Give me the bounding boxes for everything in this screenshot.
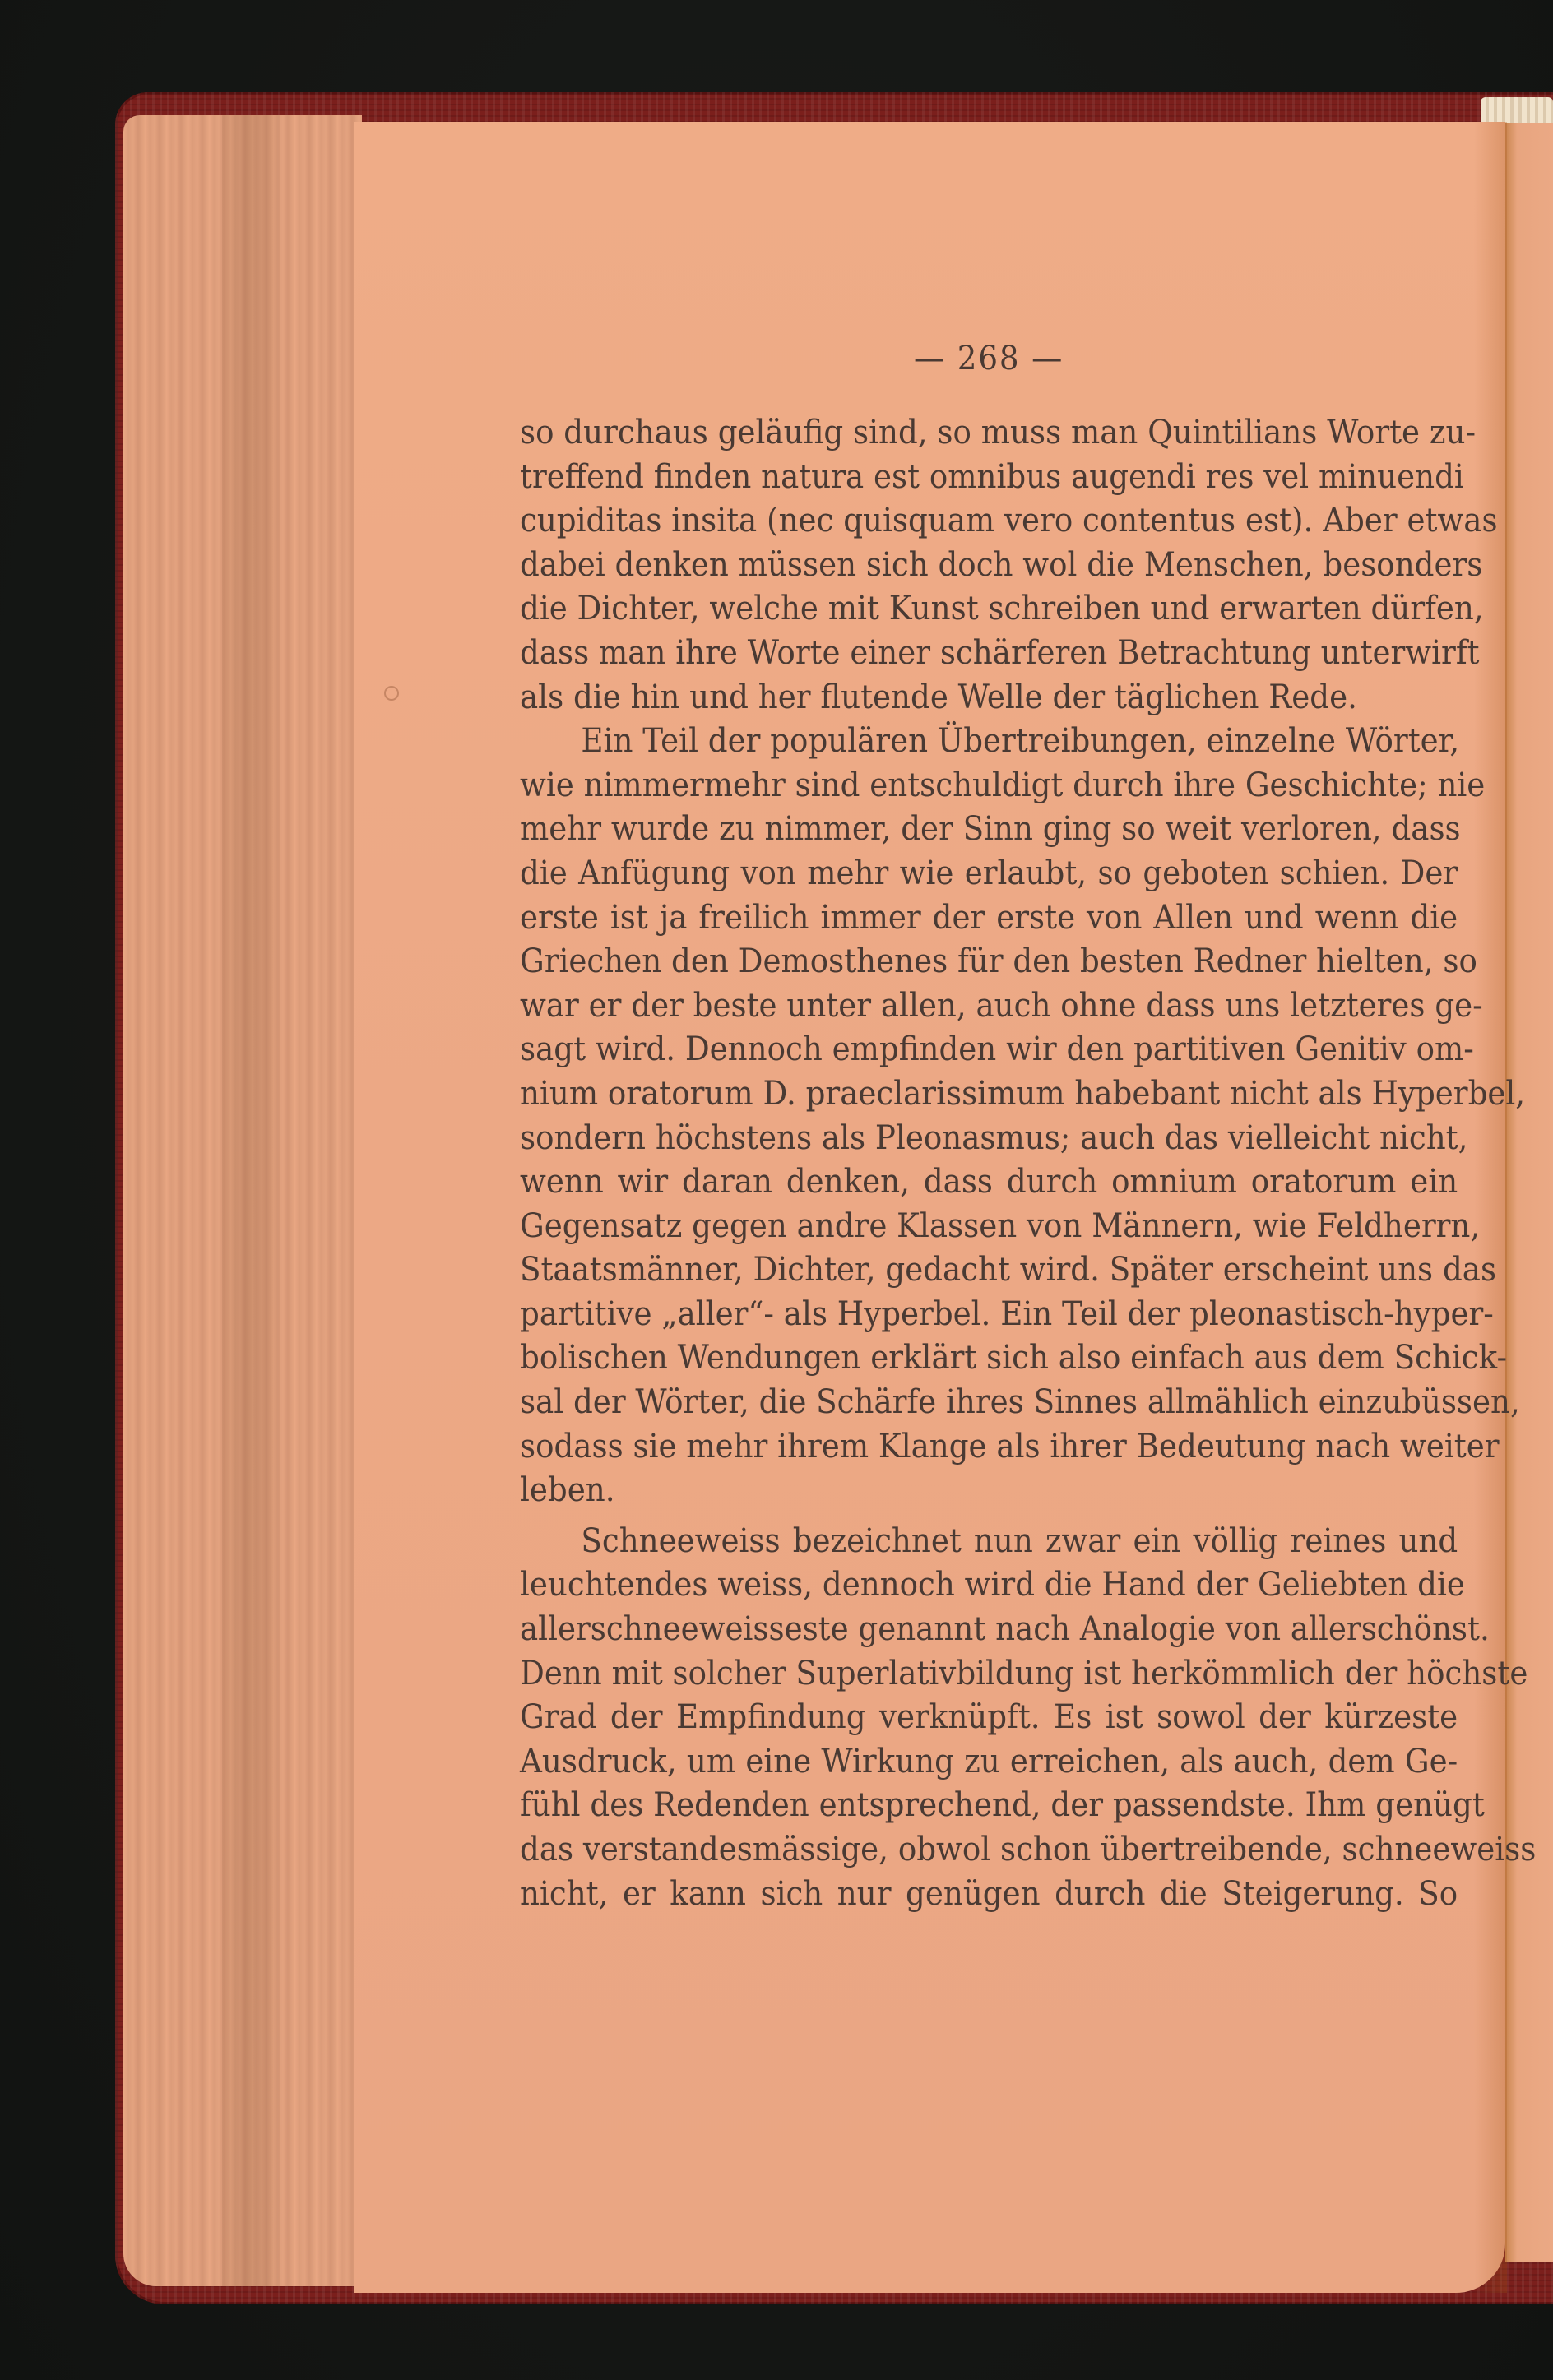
text-line: so durchaus geläufig sind, so muss man Q…	[520, 411, 1458, 456]
text-line: leben.	[520, 1469, 1458, 1513]
text-line: Ein Teil der populären Übertreibungen, e…	[520, 720, 1458, 764]
text-line: wenn wir daran denken, dass durch omnium…	[520, 1160, 1458, 1205]
text-line: als die hin und her flutende Welle der t…	[520, 676, 1458, 720]
text-line: mehr wurde zu nimmer, der Sinn ging so w…	[520, 808, 1458, 852]
text-line: partitive „aller“- als Hyperbel. Ein Tei…	[520, 1293, 1458, 1337]
scanned-book-page: — 268 — so durchaus geläufig sind, so mu…	[0, 0, 1553, 2380]
text-line: nicht, er kann sich nur genügen durch di…	[520, 1873, 1458, 1917]
text-line: treffend finden natura est omnibus augen…	[520, 456, 1458, 500]
text-line: die Anfügung von mehr wie erlaubt, so ge…	[520, 852, 1458, 896]
text-line: bolischen Wendungen erklärt sich also ei…	[520, 1336, 1458, 1381]
text-line: allerschneeweisseste genannt nach Analog…	[520, 1608, 1458, 1652]
text-line: war er der beste unter allen, auch ohne …	[520, 984, 1458, 1029]
paragraph: Schneeweiss bezeichnet nun zwar ein völl…	[520, 1520, 1458, 1916]
text-line: Staatsmänner, Dichter, gedacht wird. Spä…	[520, 1248, 1458, 1293]
paragraph: so durchaus geläufig sind, so muss man Q…	[520, 411, 1458, 720]
facing-page-edge	[1505, 123, 1553, 2262]
text-line: leuchtendes weiss, dennoch wird die Hand…	[520, 1563, 1458, 1608]
text-line: sagt wird. Dennoch empfinden wir den par…	[520, 1028, 1458, 1072]
page-stack-edge	[123, 115, 362, 2286]
paper-blemish	[384, 686, 399, 701]
text-line: Grad der Empfindung verknüpft. Es ist so…	[520, 1696, 1458, 1740]
text-line: sal der Wörter, die Schärfe ihres Sinnes…	[520, 1381, 1458, 1425]
text-line: Denn mit solcher Superlativbildung ist h…	[520, 1652, 1458, 1697]
text-line: dabei denken müssen sich doch wol die Me…	[520, 544, 1458, 588]
text-line: die Dichter, welche mit Kunst schreiben …	[520, 587, 1458, 632]
text-line: Griechen den Demosthenes für den besten …	[520, 940, 1458, 984]
paragraph-gap	[520, 1513, 1458, 1520]
text-line: das verstandesmässige, obwol schon übert…	[520, 1828, 1458, 1873]
text-line: Gegensatz gegen andre Klassen von Männer…	[520, 1205, 1458, 1249]
text-line: sodass sie mehr ihrem Klange als ihrer B…	[520, 1425, 1458, 1470]
text-line: Schneeweiss bezeichnet nun zwar ein völl…	[520, 1520, 1458, 1564]
text-line: cupiditas insita (nec quisquam vero cont…	[520, 499, 1458, 544]
text-line: fühl des Redenden entsprechend, der pass…	[520, 1784, 1458, 1828]
paragraph: Ein Teil der populären Übertreibungen, e…	[520, 720, 1458, 1513]
text-line: erste ist ja freilich immer der erste vo…	[520, 896, 1458, 941]
text-line: Ausdruck, um eine Wirkung zu erreichen, …	[520, 1740, 1458, 1785]
text-line: nium oratorum D. praeclarissimum habeban…	[520, 1072, 1458, 1117]
text-line: wie nimmermehr sind entschuldigt durch i…	[520, 764, 1458, 808]
page-number: — 268 —	[520, 337, 1458, 395]
text-line: dass man ihre Worte einer schärferen Bet…	[520, 632, 1458, 676]
page-text: — 268 — so durchaus geläufig sind, so mu…	[520, 337, 1458, 1916]
text-line: sondern höchstens als Pleonasmus; auch d…	[520, 1117, 1458, 1161]
